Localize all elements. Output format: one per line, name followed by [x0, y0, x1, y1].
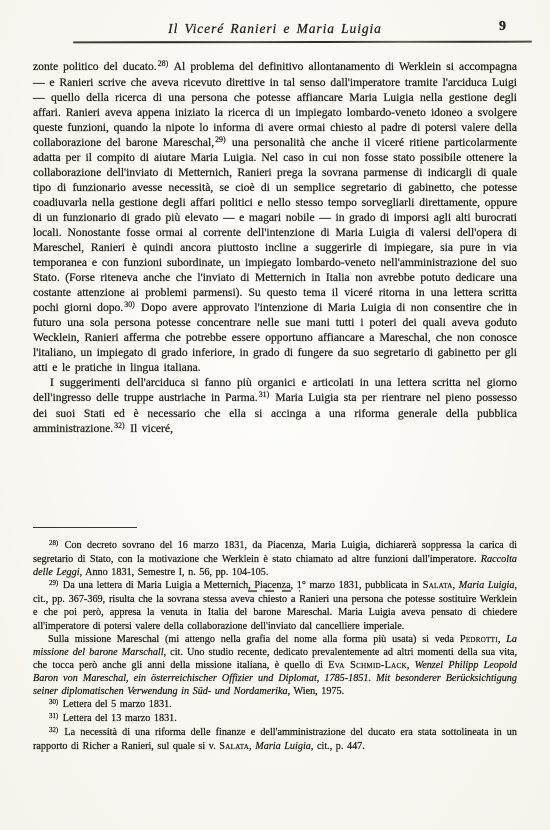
text-run: Il viceré,: [126, 422, 173, 435]
footnote-29-continuation: Sulla missione Mareschal (mi attengo nel…: [33, 633, 517, 698]
footnote-28: 28) Con decreto sovrano del 16 marzo 183…: [33, 539, 517, 579]
text-run: una personalità che anche il viceré riti…: [33, 136, 517, 314]
footnote-separator: [33, 527, 137, 528]
running-title: Il Viceré Ranieri e Maria Luigia: [0, 21, 550, 37]
footnote-32: 32) La necessità di una riforma delle fi…: [33, 726, 517, 753]
text-run: Sulla missione Mareschal (mi attengo nel…: [48, 634, 460, 645]
footnote-ref: 28): [157, 59, 170, 68]
text-run: Da una lettera di Maria Luigia a Mettern…: [59, 580, 423, 591]
text-run: , Anno 1831, Semestre I, n. 56, pp. 104-…: [80, 567, 269, 578]
footnote-ref: 30): [48, 699, 59, 706]
footnote-ref: 32): [48, 727, 59, 734]
footnote-ref: 30): [123, 300, 136, 309]
header-rule: [73, 41, 532, 44]
text-run: , cit., p. 447.: [311, 741, 365, 752]
footnote-ref: 29): [214, 135, 227, 144]
text-run: zonte politico del ducato.: [33, 60, 157, 73]
footnote-30: 30) Lettera del 5 marzo 1831.: [33, 698, 517, 712]
text-run: Lettera del 5 marzo 1831.: [59, 699, 172, 710]
footnote-ref: 28): [48, 540, 59, 547]
body-paragraph-2: I suggerimenti dell'arciduca si fanno pi…: [33, 376, 517, 438]
footnotes: 28) Con decreto sovrano del 16 marzo 183…: [33, 539, 517, 754]
text-run: Eva Schmid-Lack: [328, 660, 407, 671]
footnote-ref: 32): [113, 421, 126, 430]
body-paragraph-continuation: zonte politico del ducato.28) Al problem…: [33, 60, 517, 376]
text-run: , Wien, 1975.: [288, 686, 345, 697]
footnote-ref: 31): [258, 390, 271, 399]
text-run: Maria Luigia: [255, 741, 311, 752]
text-run: Salata: [219, 741, 249, 752]
scan-artifact-dashes: [248, 590, 300, 592]
book-page: Il Viceré Ranieri e Maria Luigia 9 zonte…: [0, 0, 550, 830]
text-run: ,: [407, 660, 415, 671]
text-run: Lettera del 13 marzo 1831.: [59, 713, 177, 724]
footnote-31: 31) Lettera del 13 marzo 1831.: [33, 712, 517, 726]
page-number: 9: [499, 19, 507, 35]
footnote-ref: 31): [48, 713, 59, 720]
text-run: ,: [498, 634, 506, 645]
footnote-ref: 29): [48, 580, 59, 587]
footnote-29: 29) Da una lettera di Maria Luigia a Met…: [33, 579, 517, 632]
text-run: Pedrotti: [460, 634, 498, 645]
text-run: Maria Luigia: [459, 580, 515, 591]
text-run: Salata: [423, 580, 453, 591]
text-run: Con decreto sovrano del 16 marzo 1831, d…: [33, 540, 517, 565]
body-text: zonte politico del ducato.28) Al problem…: [33, 60, 517, 438]
